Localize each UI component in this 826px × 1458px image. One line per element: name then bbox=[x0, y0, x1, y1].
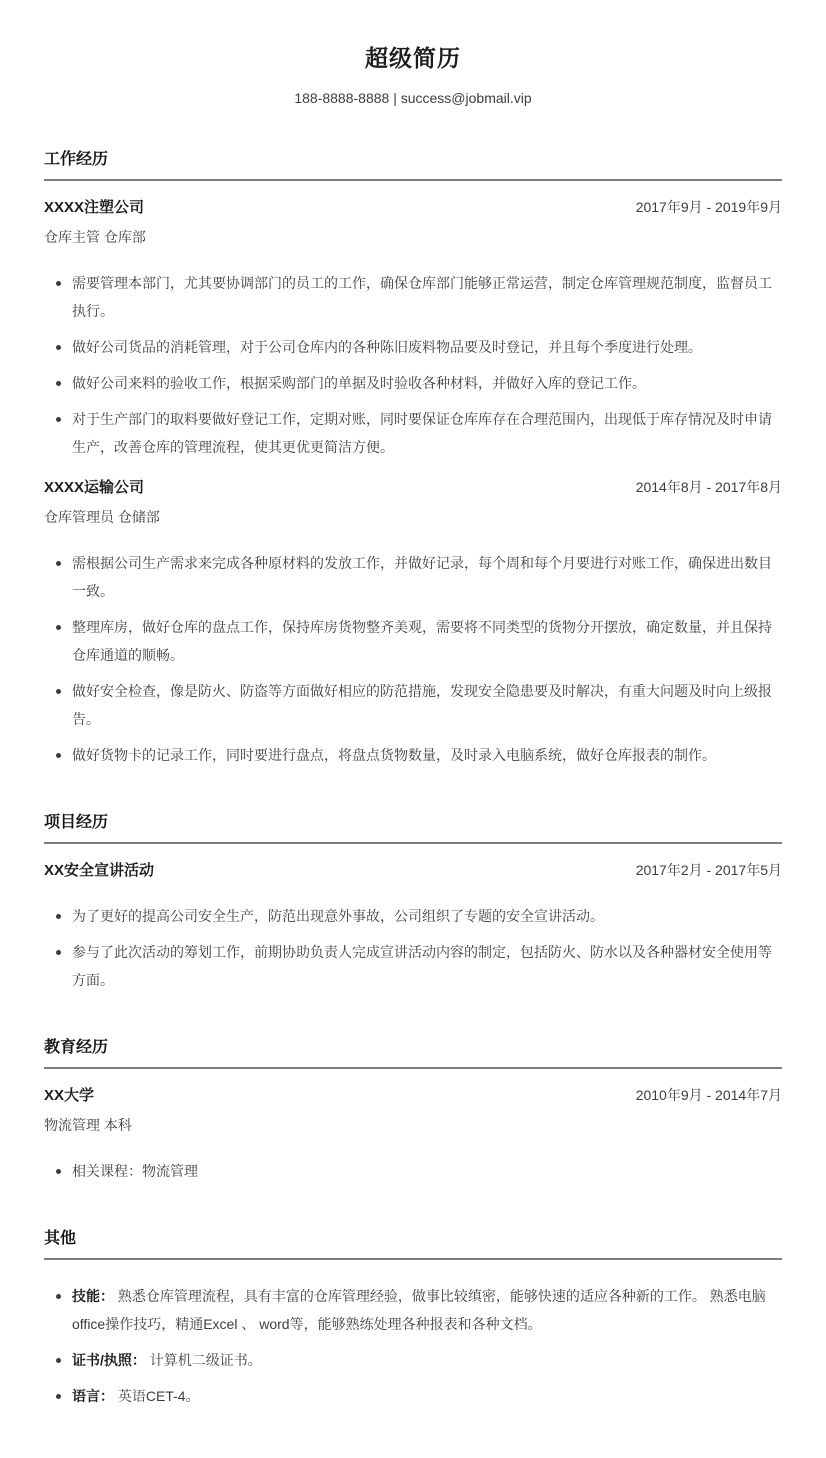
entry-date-range: 2017年9月 - 2019年9月 bbox=[636, 197, 782, 217]
entry-header: XXXX注塑公司 2017年9月 - 2019年9月 bbox=[44, 196, 782, 217]
bullet-item: 参与了此次活动的筹划工作，前期协助负责人完成宣讲活动内容的制定，包括防火、防水以… bbox=[44, 938, 782, 994]
entry-date-range: 2014年8月 - 2017年8月 bbox=[636, 477, 782, 497]
company-name: XXXX运输公司 bbox=[44, 476, 144, 497]
bullet-item-skills: 技能： 熟悉仓库管理流程，具有丰富的仓库管理经验，做事比较缜密，能够快速的适应各… bbox=[44, 1282, 782, 1338]
section-other: 其他 技能： 熟悉仓库管理流程，具有丰富的仓库管理经验，做事比较缜密，能够快速的… bbox=[44, 1225, 782, 1410]
section-title: 项目经历 bbox=[44, 809, 782, 844]
entry-date-range: 2010年9月 - 2014年7月 bbox=[636, 1085, 782, 1105]
entry-date-range: 2017年2月 - 2017年5月 bbox=[636, 860, 782, 880]
bullet-list: 需要管理本部门，尤其要协调部门的员工的工作，确保仓库部门能够正常运营，制定仓库管… bbox=[44, 269, 782, 461]
entry-header: XXXX运输公司 2014年8月 - 2017年8月 bbox=[44, 476, 782, 497]
bullet-item: 相关课程：物流管理 bbox=[44, 1157, 782, 1185]
bullet-item: 做好安全检查，像是防火、防盗等方面做好相应的防范措施，发现安全隐患要及时解决，有… bbox=[44, 677, 782, 733]
bullet-item: 对于生产部门的取料要做好登记工作，定期对账，同时要保证仓库库存在合理范围内，出现… bbox=[44, 405, 782, 461]
resume-title: 超级简历 bbox=[44, 40, 782, 73]
bullet-item: 需要管理本部门，尤其要协调部门的员工的工作，确保仓库部门能够正常运营，制定仓库管… bbox=[44, 269, 782, 325]
language-label: 语言： bbox=[72, 1388, 114, 1404]
project-entry-1: XX安全宣讲活动 2017年2月 - 2017年5月 为了更好的提高公司安全生产… bbox=[44, 859, 782, 994]
school-name: XX大学 bbox=[44, 1084, 94, 1105]
job-title: 仓库主管 仓库部 bbox=[44, 227, 782, 247]
resume-page: 超级简历 188-8888-8888 | success@jobmail.vip… bbox=[0, 0, 826, 1458]
section-title: 工作经历 bbox=[44, 146, 782, 181]
section-work-experience: 工作经历 XXXX注塑公司 2017年9月 - 2019年9月 仓库主管 仓库部… bbox=[44, 146, 782, 769]
skills-text: 熟悉仓库管理流程，具有丰富的仓库管理经验，做事比较缜密，能够快速的适应各种新的工… bbox=[72, 1288, 766, 1332]
language-text: 英语CET-4。 bbox=[114, 1388, 200, 1404]
bullet-item: 需根据公司生产需求来完成各种原材料的发放工作，并做好记录，每个周和每个月要进行对… bbox=[44, 549, 782, 605]
bullet-list: 为了更好的提高公司安全生产，防范出现意外事故，公司组织了专题的安全宣讲活动。 参… bbox=[44, 902, 782, 994]
entry-header: XX安全宣讲活动 2017年2月 - 2017年5月 bbox=[44, 859, 782, 880]
education-entry-1: XX大学 2010年9月 - 2014年7月 物流管理 本科 相关课程：物流管理 bbox=[44, 1084, 782, 1185]
bullet-item: 整理库房，做好仓库的盘点工作，保持库房货物整齐美观，需要将不同类型的货物分开摆放… bbox=[44, 613, 782, 669]
bullet-item: 为了更好的提高公司安全生产，防范出现意外事故，公司组织了专题的安全宣讲活动。 bbox=[44, 902, 782, 930]
job-title: 仓库管理员 仓储部 bbox=[44, 507, 782, 527]
company-name: XXXX注塑公司 bbox=[44, 196, 144, 217]
certificates-text: 计算机二级证书。 bbox=[146, 1352, 262, 1368]
contact-line: 188-8888-8888 | success@jobmail.vip bbox=[44, 90, 782, 106]
work-entry-2: XXXX运输公司 2014年8月 - 2017年8月 仓库管理员 仓储部 需根据… bbox=[44, 476, 782, 769]
certificates-label: 证书/执照： bbox=[72, 1352, 146, 1368]
skills-label: 技能： bbox=[72, 1288, 114, 1304]
work-entry-1: XXXX注塑公司 2017年9月 - 2019年9月 仓库主管 仓库部 需要管理… bbox=[44, 196, 782, 461]
section-title: 其他 bbox=[44, 1225, 782, 1260]
bullet-list: 需根据公司生产需求来完成各种原材料的发放工作，并做好记录，每个周和每个月要进行对… bbox=[44, 549, 782, 769]
section-project-experience: 项目经历 XX安全宣讲活动 2017年2月 - 2017年5月 为了更好的提高公… bbox=[44, 809, 782, 994]
project-name: XX安全宣讲活动 bbox=[44, 859, 154, 880]
bullet-list: 相关课程：物流管理 bbox=[44, 1157, 782, 1185]
bullet-item: 做好货物卡的记录工作，同时要进行盘点，将盘点货物数量，及时录入电脑系统，做好仓库… bbox=[44, 741, 782, 769]
bullet-item: 做好公司来料的验收工作，根据采购部门的单据及时验收各种材料，并做好入库的登记工作… bbox=[44, 369, 782, 397]
bullet-item: 做好公司货品的消耗管理，对于公司仓库内的各种陈旧废料物品要及时登记，并且每个季度… bbox=[44, 333, 782, 361]
bullet-item-language: 语言： 英语CET-4。 bbox=[44, 1382, 782, 1410]
bullet-list: 技能： 熟悉仓库管理流程，具有丰富的仓库管理经验，做事比较缜密，能够快速的适应各… bbox=[44, 1282, 782, 1410]
section-education: 教育经历 XX大学 2010年9月 - 2014年7月 物流管理 本科 相关课程… bbox=[44, 1034, 782, 1185]
bullet-item-certificates: 证书/执照： 计算机二级证书。 bbox=[44, 1346, 782, 1374]
entry-header: XX大学 2010年9月 - 2014年7月 bbox=[44, 1084, 782, 1105]
section-title: 教育经历 bbox=[44, 1034, 782, 1069]
degree-major: 物流管理 本科 bbox=[44, 1115, 782, 1135]
